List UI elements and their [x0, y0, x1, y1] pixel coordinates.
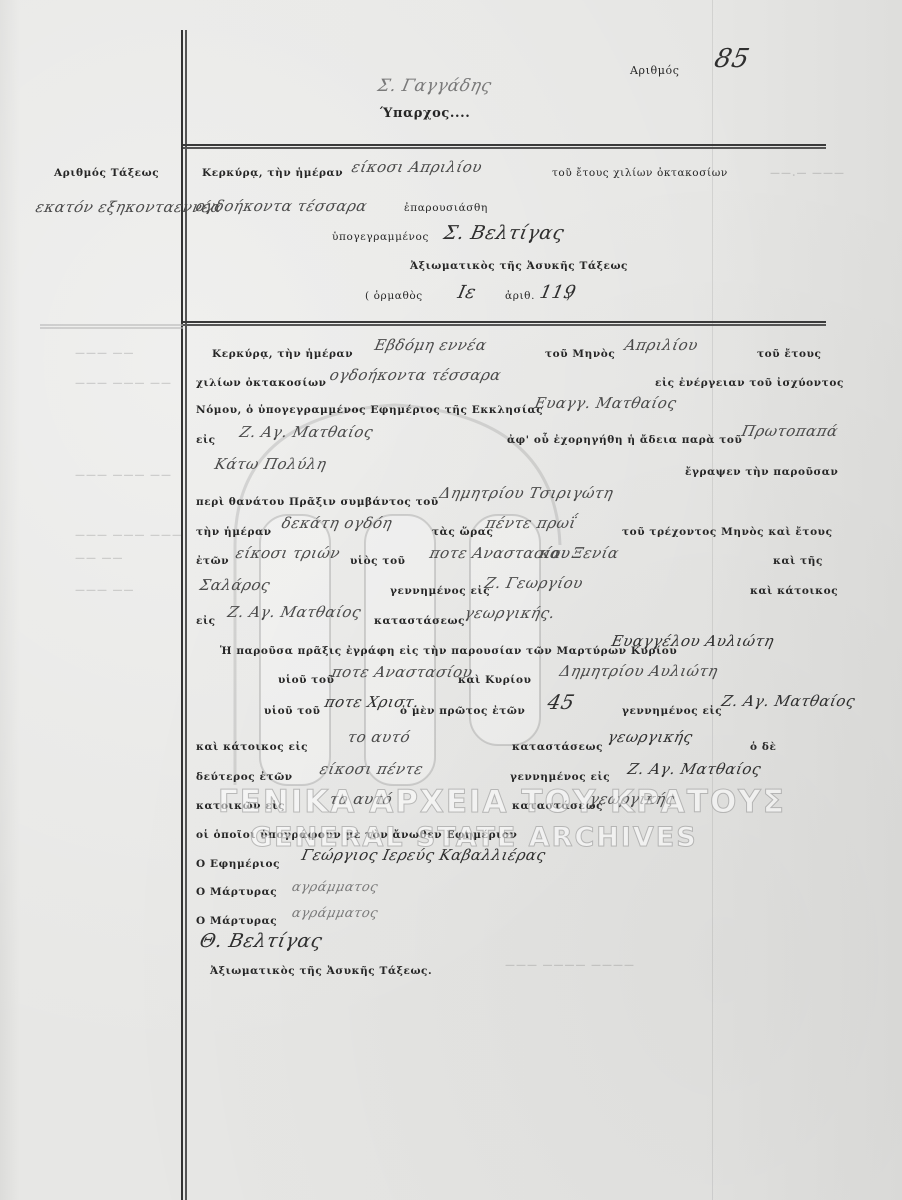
row-printed: χιλίων ὀκτακοσίων [196, 377, 327, 389]
row-printed: εἰς [196, 615, 216, 627]
row-handwritten: είκοσι τριών [234, 544, 342, 562]
top-officer-role: Ἀξιωματικὸς τῆς Ἀσυκῆς Τάξεως [410, 260, 628, 272]
section-double-rule [183, 321, 826, 326]
row-printed: Ἡ παροῦσα πρᾶξις ἐγράφη εἰς τὴν παρουσία… [220, 645, 677, 657]
row-printed: ὁ μὲν πρῶτος ἐτῶν [400, 705, 525, 717]
top-day-value: είκοσι Απριλίου [350, 158, 484, 176]
row-handwritten: το αυτό [346, 728, 412, 746]
row-handwritten: 45 [545, 690, 577, 714]
order-number-header: Αριθμός Τάξεως [54, 167, 159, 179]
row-handwritten: δεκάτη ογδόη [280, 514, 394, 532]
document-page: ——— —— ——— ——— —— ——— ——— —— ——— ——— ———… [0, 0, 902, 1200]
officer-footer: Ἀξιωματικὸς τῆς Ἀσυκῆς Τάξεως. [210, 965, 432, 977]
row-handwritten: πέντε πρωΐ [484, 514, 578, 532]
row-printed: τοῦ ἔτους [757, 348, 822, 360]
row-printed: υἱὸς τοῦ [350, 555, 406, 567]
row-handwritten: Δημητρίου Τσιριγώτη [438, 484, 615, 502]
row-printed: ὁ δὲ [750, 741, 776, 753]
row-printed: καταστάσεως [512, 741, 603, 753]
bleed-through-text: —— —— [75, 553, 123, 564]
row-printed: δεύτερος ἐτῶν [196, 771, 293, 783]
top-year-value: ογδοήκοντα τέσσαρα [194, 197, 369, 215]
row-handwritten: Κάτω Πολύλη [213, 455, 328, 473]
bleed-through-text: ——— ——— ——— [75, 530, 183, 541]
signature-witness-1: αγράμματος [290, 880, 379, 895]
row-printed: Κερκύρᾳ, τὴν ἡμέραν [212, 348, 353, 360]
top-presented-label: ἐπαρουσιάσθη [404, 202, 488, 214]
row-printed: ἐτῶν [196, 555, 229, 567]
section-rule-lead [40, 324, 183, 329]
row-handwritten: Ευαγγ. Ματθαίος [533, 394, 678, 412]
register-number: 85 [712, 44, 752, 74]
signature-witness-2: αγράμματος [290, 906, 379, 921]
top-year-label: τοῦ ἔτους χιλίων ὀκτακοσίων [552, 167, 728, 179]
row-handwritten: Σαλάρος [198, 576, 272, 594]
bleed-through-text: ——— —— [75, 348, 134, 359]
top-officer-signature: Σ. Βελτίγας [442, 222, 567, 244]
number-value: 119 [538, 282, 578, 303]
watermark-english: GENERAL STATE ARCHIVES [250, 822, 698, 853]
bleed-through-text: ——.— ——— [770, 168, 845, 179]
officer-title: Ύπαρχος.... [380, 106, 470, 121]
row-handwritten: είκοσι πέντε [318, 760, 425, 778]
row-handwritten: Απριλίου [623, 336, 700, 354]
number-label: ἀριθ. [505, 290, 535, 302]
row-printed: γεννημένος εἰς [622, 705, 722, 717]
number-close-paren: ) [566, 290, 571, 302]
row-handwritten: Ζ. Αγ. Ματθαίος [626, 760, 763, 778]
row-handwritten: Δημητρίου Αυλιώτη [558, 662, 720, 680]
row-handwritten: Ευαγγέλου Αυλιώτη [610, 632, 776, 650]
bundle-value: Ιε [456, 282, 478, 303]
header-double-rule [183, 144, 826, 149]
row-handwritten: Εβδόμη εννέα [373, 336, 488, 354]
row-printed: γεννημένος εἰς [510, 771, 610, 783]
row-printed: τὴν ἡμέραν [196, 526, 272, 538]
row-printed: καταστάσεως [374, 615, 465, 627]
row-printed: εἰς [196, 434, 216, 446]
officer-signature: Θ. Βελτίγας [198, 930, 325, 952]
row-printed: τοῦ Μηνὸς [545, 348, 615, 360]
row-printed: γεννημένος εἰς [390, 585, 490, 597]
watermark-greek: ΓΕΝΙΚΑ ΑΡΧΕΙΑ ΤΟΥ ΚΡΑΤΟΥΣ [218, 784, 786, 820]
top-place-date-label: Κερκύρᾳ, τὴν ἡμέραν [202, 167, 343, 179]
row-printed: εἰς ἐνέργειαν τοῦ ἰσχύοντος [655, 377, 844, 389]
bleed-through-text: ——— ——— —— [75, 378, 172, 389]
row-handwritten: και Ξενία [538, 544, 621, 562]
row-handwritten: Ζ. Αγ. Ματθαίος [238, 423, 375, 441]
row-printed: καὶ τῆς [773, 555, 823, 567]
row-handwritten: Ζ. Γεωργίου [483, 574, 585, 592]
register-number-label: Αριθμός [630, 64, 679, 77]
row-printed: ἀφ' οὗ ἐχορηγήθη ἡ ἄδεια παρὰ τοῦ [507, 434, 742, 446]
row-handwritten: Ζ. Αγ. Ματθαίος [720, 692, 857, 710]
row-handwritten: γεωργικής [606, 728, 694, 746]
row-printed: ἔγραψεν τὴν παροῦσαν [685, 466, 838, 478]
officer-name: Σ. Γαγγάδης [376, 76, 494, 96]
signature-label-priest: Ο Εφημέριος [196, 858, 280, 870]
row-handwritten: ποτε Αναστασίου [330, 663, 474, 681]
bleed-through-text: ——— ——— —— [75, 470, 172, 481]
bleed-through-text: ——— ———— ———— [505, 960, 635, 971]
row-printed: υἱοῦ τοῦ [278, 674, 334, 686]
bundle-label: ( ὁρμαθὸς [365, 290, 423, 302]
row-handwritten: ογδοήκοντα τέσσαρα [328, 366, 503, 384]
row-printed: περὶ θανάτου Πρᾶξιν συμβάντος τοῦ [196, 496, 439, 508]
signature-label-witness-1: Ο Μάρτυρας [196, 886, 277, 898]
row-printed: καὶ κάτοικος [750, 585, 838, 597]
signature-label-witness-2: Ο Μάρτυρας [196, 915, 277, 927]
row-printed: Νόμου, ὁ ὑπογεγραμμένος Εφημέριος τῆς Εκ… [196, 404, 543, 416]
row-handwritten: Πρωτοπαπά [740, 422, 840, 440]
row-printed: καὶ Κυρίου [458, 674, 531, 686]
top-undersigned-label: ὑπογεγραμμένος [332, 231, 429, 243]
row-printed: τοῦ τρέχοντος Μηνὸς καὶ ἔτους [622, 526, 833, 538]
row-handwritten: γεωργικής. [463, 604, 557, 622]
row-printed: υἱοῦ τοῦ [264, 705, 320, 717]
page-fold [712, 0, 713, 1200]
row-handwritten: Ζ. Αγ. Ματθαίος [226, 603, 363, 621]
bleed-through-text: ——— —— [75, 585, 134, 596]
row-printed: καὶ κάτοικος εἰς [196, 741, 308, 753]
